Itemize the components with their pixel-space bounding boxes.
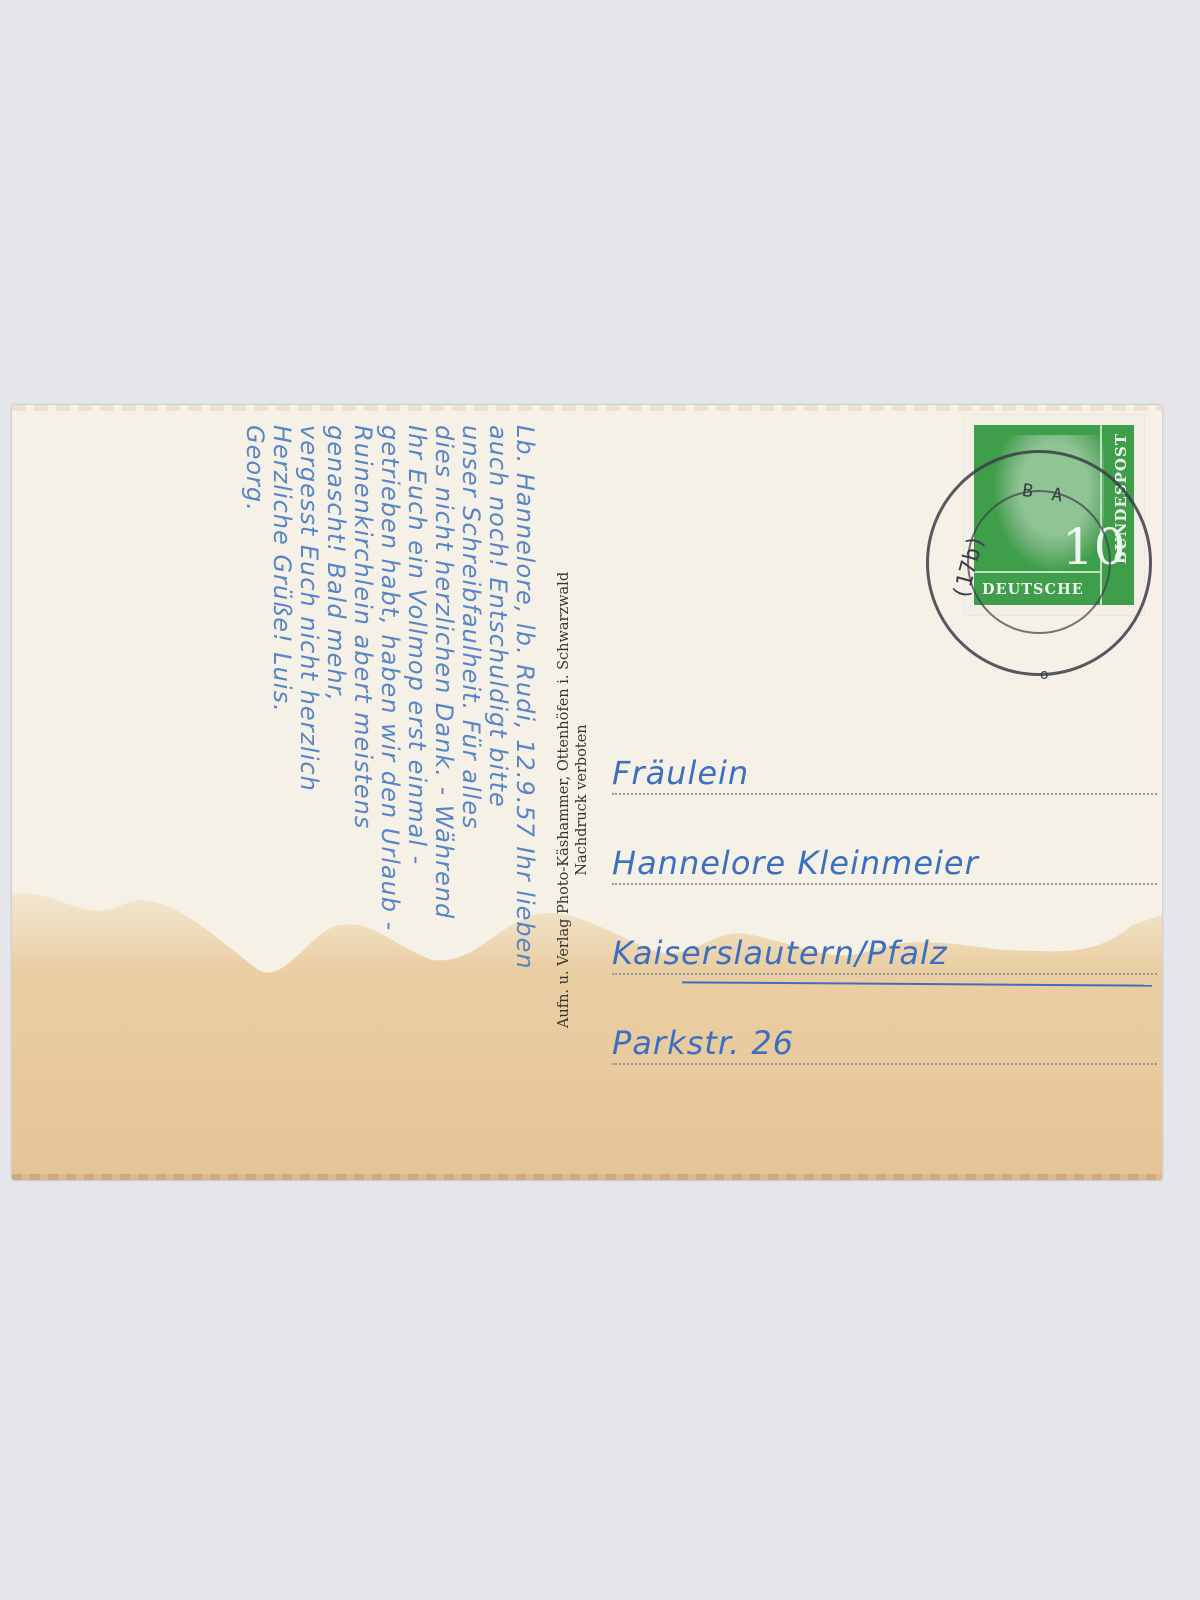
message-line: getrieben habt, haben wir den Urlaub - [376, 425, 403, 1180]
message-line: Ihr Euch ein Vollmop erst einmal - [403, 425, 430, 1180]
address-block: Fräulein Hannelore Kleinmeier Kaiserslau… [612, 705, 1157, 1065]
imprint-line-2: Nachdruck verboten [573, 505, 591, 1095]
address-city: Kaiserslautern/Pfalz [612, 940, 948, 967]
dotted-rule [612, 1063, 1157, 1065]
message-line: genascht! Bald mehr, [322, 425, 349, 1180]
message-line: auch noch! Entschuldigt bitte [484, 425, 511, 1180]
message-line: Ruinenkirchlein abert meistens [349, 425, 376, 1180]
message-line: dies nicht herzlichen Dank. - Während [430, 425, 457, 1180]
postcard: Lb. Hannelore, lb. Rudi, 12.9.57 Ihr lie… [12, 405, 1162, 1180]
address-name: Hannelore Kleinmeier [612, 850, 979, 877]
handwritten-message: Lb. Hannelore, lb. Rudi, 12.9.57 Ihr lie… [208, 425, 538, 1180]
publisher-imprint: Aufn. u. Verlag Photo-Käshammer, Ottenhö… [555, 505, 591, 1095]
message-signature: Georg. [241, 425, 268, 1180]
deckled-edge-bottom [12, 1174, 1162, 1180]
message-line: Lb. Hannelore, lb. Rudi, 12.9.57 Ihr lie… [511, 425, 538, 1180]
address-line: Fräulein [612, 705, 1157, 795]
message-signature: Herzliche Grüße! Luis. [268, 425, 295, 1180]
postmark-inner-ring [967, 490, 1111, 634]
address-street: Parkstr. 26 [612, 1030, 794, 1057]
imprint-line-1: Aufn. u. Verlag Photo-Käshammer, Ottenhö… [555, 505, 573, 1095]
address-line: Kaiserslautern/Pfalz [612, 885, 1157, 975]
message-line: unser Schreibfaulheit. Für alles [457, 425, 484, 1180]
deckled-edge-top [12, 405, 1162, 411]
postmark-bottom-mark: o [1040, 667, 1049, 683]
address-salutation: Fräulein [612, 760, 749, 787]
message-line: vergesst Euch nicht herzlich [295, 425, 322, 1180]
address-line: Hannelore Kleinmeier [612, 795, 1157, 885]
address-line: Parkstr. 26 [612, 975, 1157, 1065]
